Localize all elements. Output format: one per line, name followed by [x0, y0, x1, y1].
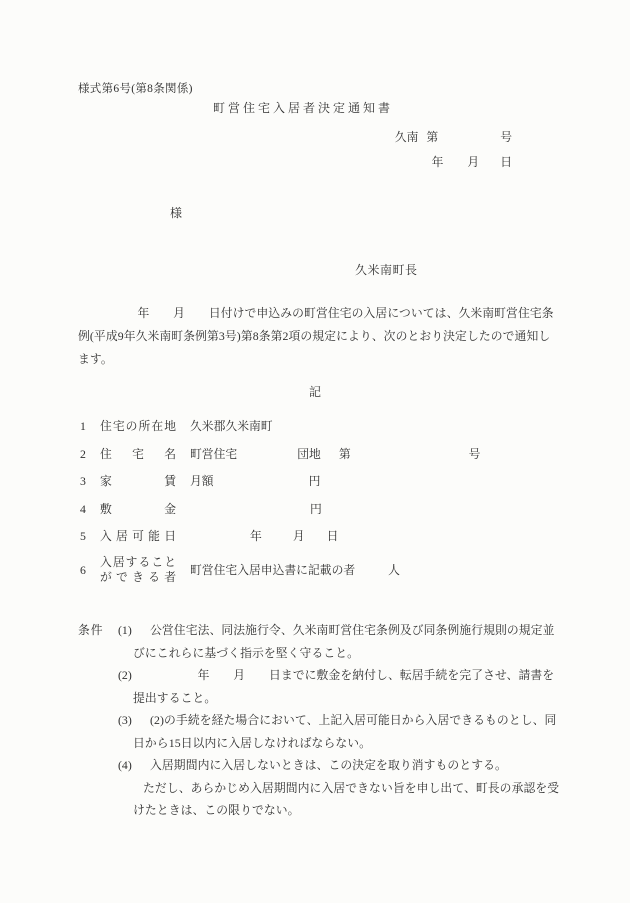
condition-text: 公営住宅法、同法施行令、久米南町営住宅条例及び同条例施行規則の規定並びにこれらに… [133, 619, 565, 664]
item-row-deposit: 4 敷金 円 [78, 500, 554, 518]
date-month-blank [479, 165, 500, 166]
dai-label: 第 [339, 445, 351, 463]
spacer [418, 140, 426, 141]
item-value-rent: 月額 [190, 472, 214, 490]
condition-4: (4) 入居期間内に入居しないときは、この決定を取り消すものとする。 ただし、あ… [118, 754, 565, 822]
item-value-eligible-persons: 町営住宅入居申込書に記載の者 [190, 561, 355, 579]
condition-text: 入居期間内に入居しないときは、この決定を取り消すものとする。 [133, 754, 565, 777]
move-in-year-blank [190, 539, 250, 540]
deposit-amount-blank [190, 512, 310, 513]
item-label-location: 住宅の所在地 [100, 417, 176, 435]
go-label: 号 [469, 445, 481, 463]
condition-3: (3) (2)の手続を経た場合において、上記入居可能日から入居できるものとし、同… [118, 709, 565, 754]
item-number: 5 [78, 527, 100, 545]
doc-number-office: 久南 [395, 128, 419, 145]
item-label-deposit: 敷金 [100, 500, 176, 518]
item-label-housing-name: 住宅名 [100, 445, 176, 463]
item-label-rent: 家賃 [100, 472, 176, 490]
item-row-housing-name: 2 住宅名 町営住宅 団地 第 号 [78, 445, 554, 463]
body-paragraph: 年 月 日付けで申込みの町営住宅の入居については、久米南町営住宅条例(平成9年久… [78, 302, 554, 370]
day-label: 日 [327, 527, 339, 545]
item-value-housing-name: 町営住宅 [190, 445, 237, 463]
section-marker-ki: 記 [0, 383, 630, 400]
item-label-move-in-date: 入居可能日 [100, 527, 176, 545]
year-label: 年 [250, 527, 262, 545]
conditions-label: 条件 [78, 619, 118, 642]
item-row-rent: 3 家賃 月額 円 [78, 472, 554, 490]
issue-date-line: 年 月 日 [432, 153, 512, 170]
condition-text-group: 入居期間内に入居しないときは、この決定を取り消すものとする。 ただし、あらかじめ… [133, 754, 565, 822]
danchi-label: 団地 [297, 445, 321, 463]
condition-number: (1) [118, 619, 133, 642]
doc-number-blank [438, 140, 500, 141]
document-number-line: 久南 第 号 [395, 128, 512, 145]
condition-proviso-text: ただし、あらかじめ入居期間内に入居できない旨を申し出て、町長の承認を受けたときは… [133, 777, 565, 822]
document-page: 様式第6号(第8条関係) 町営住宅入居者決定通知書 久南 第 号 年 月 日 様… [0, 0, 630, 903]
eligible-label-line1: 入居すること [100, 555, 176, 570]
condition-number: (2) [118, 664, 133, 687]
condition-text: 年 月 日までに敷金を納付し、転居手続を完了させ、請書を提出すること。 [133, 664, 565, 709]
item-number: 4 [78, 500, 100, 518]
condition-number: (4) [118, 754, 133, 777]
yen-label: 円 [310, 500, 322, 518]
date-month-label: 月 [467, 153, 479, 170]
move-in-day-blank [305, 539, 327, 540]
item-number: 2 [78, 445, 100, 463]
document-title: 町営住宅入居者決定通知書 [213, 99, 393, 116]
condition-text: (2)の手続を経た場合において、上記入居可能日から入居できるものとし、同日から1… [133, 709, 565, 754]
doc-number-go: 号 [500, 128, 512, 145]
sender-title: 久米南町長 [355, 261, 418, 278]
item-label-eligible-persons: 入居すること ができる者 [100, 555, 176, 585]
conditions-list: (1) 公営住宅法、同法施行令、久米南町営住宅条例及び同条例施行規則の規定並びに… [118, 619, 565, 822]
spacer [321, 457, 339, 458]
condition-number: (3) [118, 709, 133, 732]
addressee-suffix: 様 [170, 204, 182, 221]
unit-number-blank [351, 457, 469, 458]
item-value-location: 久米郡久米南町 [190, 417, 273, 435]
condition-2: (2) 年 月 日までに敷金を納付し、転居手続を完了させ、請書を提出すること。 [118, 664, 565, 709]
item-row-location: 1 住宅の所在地 久米郡久米南町 [78, 417, 554, 435]
rent-amount-blank [214, 484, 309, 485]
date-year-blank [443, 165, 467, 166]
date-day-label: 日 [500, 153, 512, 170]
yen-label: 円 [309, 472, 321, 490]
item-row-move-in-date: 5 入居可能日 年 月 日 [78, 527, 554, 545]
item-number: 6 [78, 561, 100, 579]
housing-name-blank [237, 457, 297, 458]
date-year-label: 年 [432, 153, 444, 170]
move-in-month-blank [262, 539, 293, 540]
doc-number-dai: 第 [426, 128, 438, 145]
month-label: 月 [293, 527, 305, 545]
persons-label: 人 [388, 561, 400, 579]
conditions-section: 条件 (1) 公営住宅法、同法施行令、久米南町営住宅条例及び同条例施行規則の規定… [78, 619, 565, 822]
item-number: 3 [78, 472, 100, 490]
eligible-label-line2: ができる者 [100, 570, 176, 585]
condition-1: (1) 公営住宅法、同法施行令、久米南町営住宅条例及び同条例施行規則の規定並びに… [118, 619, 565, 664]
item-row-eligible-persons: 6 入居すること ができる者 町営住宅入居申込書に記載の者 人 [78, 555, 554, 585]
item-number: 1 [78, 417, 100, 435]
form-number: 様式第6号(第8条関係) [78, 80, 193, 96]
persons-count-blank [355, 569, 388, 570]
items-list: 1 住宅の所在地 久米郡久米南町 2 住宅名 町営住宅 団地 第 号 3 家賃 … [78, 417, 554, 594]
